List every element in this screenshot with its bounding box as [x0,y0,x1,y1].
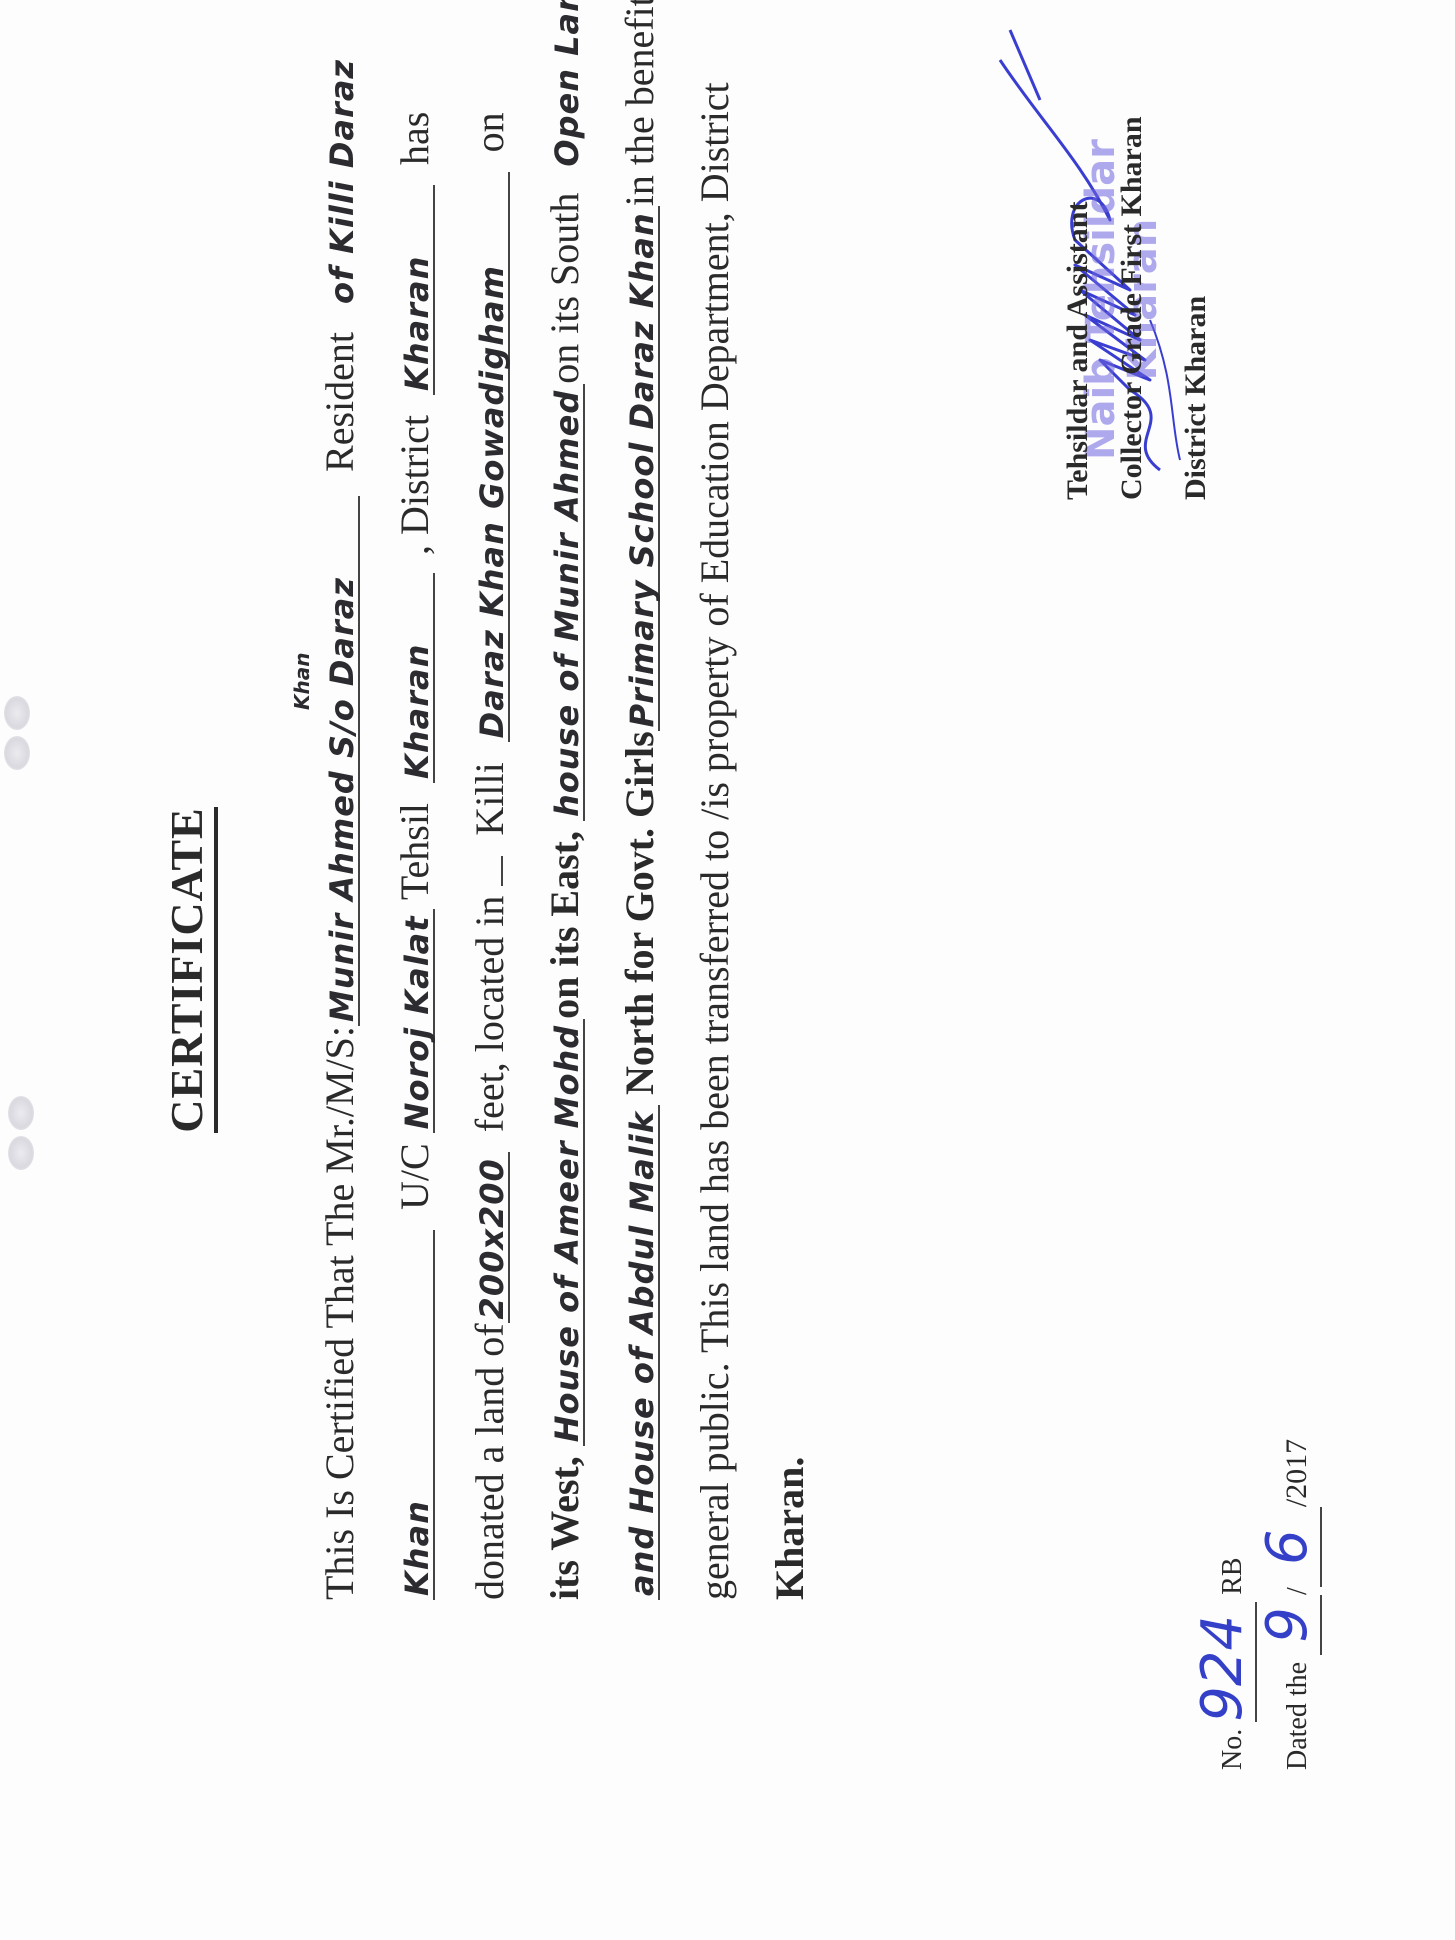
certificate-title-text: CERTIFICATE [161,807,218,1132]
east-label: on its East, [542,831,587,1019]
handwritten-school-name: Primary School Daraz Khan [626,206,660,731]
handwritten-date-month: 6 [1255,1507,1322,1587]
signatory-title-line-1: Tehsildar and Assistant [1060,116,1096,500]
body-line-6: general public. This land has been trans… [695,20,735,1600]
on-label: on [467,112,512,152]
donated-label: donated a land of [467,1323,512,1600]
handwritten-date-year: /2017 [1280,1439,1314,1507]
handwritten-date-day: 9 [1255,1595,1322,1655]
punch-hole-mark [4,696,30,730]
blank-underline [500,856,503,886]
handwritten-location: Daraz Khan Gowadigham [476,172,510,742]
tehsil-label: Tehsil [392,803,437,900]
handwritten-west-boundary: House of Ameer Mohd [551,1019,585,1446]
killi-label: Killi [467,762,512,835]
handwritten-name-superscript: Khan [290,653,314,710]
signatory-title-line-3: District Kharan [1178,116,1214,500]
handwritten-resident: of Killi Daraz [326,53,358,308]
punch-hole-mark [4,736,30,770]
dated-field: Dated the 9/6/2017 [1255,1439,1322,1770]
uc-label: U/C [392,1143,437,1210]
handwritten-east-boundary: house of Munir Ahmed [551,384,585,821]
district-closing: Kharan. [767,1457,812,1600]
body-line-5: and House of Abdul Malik North for Govt.… [620,20,660,1600]
certificate-page: CERTIFICATE This Is Certified That The M… [0,0,1455,1940]
has-label: has [392,112,437,165]
body-line-4: its West, House of Ameer Mohdon its East… [545,20,585,1600]
reference-suffix: RB [1217,1557,1248,1594]
signatory-title-line-2: Collector Grade First Kharan [1114,116,1150,500]
reference-number: No. 924 RB [1190,1557,1257,1770]
handwritten-south-boundary: Open Land [551,0,583,171]
feet-located-label: feet, located in [467,896,512,1133]
handwritten-land-size: 200x200 [476,1152,510,1323]
body-line-3: donated a land of200x200 feet, located i… [470,20,510,1600]
signatory-block: Tehsildar and Assistant Collector Grade … [1060,116,1214,500]
no-label: No. [1217,1729,1248,1770]
handwritten-north-boundary: and House of Abdul Malik [626,1105,660,1600]
handwritten-name: Munir Ahmed S/o Daraz [326,496,360,1026]
north-label: North for Govt. Girls [617,731,662,1095]
handwritten-name-continuation: Khan [401,1230,435,1600]
dated-label: Dated the [1282,1662,1313,1770]
handwritten-uc: Noroj Kalat [401,909,435,1133]
body-line-1: This Is Certified That The Mr./M/S:Munir… [320,20,360,1600]
handwritten-tehsil: Kharan [401,573,435,783]
district-label: , District [392,415,437,555]
resident-label: Resident [317,332,362,472]
body-line-2: Khan U/C Noroj Kalat Tehsil Kharan , Dis… [395,20,435,1600]
date-separator: / [1282,1587,1313,1595]
body-line-7: Kharan. [770,20,810,1600]
transfer-statement: general public. This land has been trans… [692,82,737,1600]
handwritten-reference-number: 924 [1190,1602,1257,1722]
west-label: its West, [542,1456,587,1600]
punch-hole-mark [8,1136,34,1170]
certificate-title: CERTIFICATE [160,0,213,1940]
handwritten-district: Kharan [401,185,435,395]
south-label: on its South [542,193,587,384]
certified-prefix: This Is Certified That The Mr./M/S: [317,1026,362,1600]
punch-hole-mark [8,1096,34,1130]
benefit-label: in the benefit of [617,0,662,206]
